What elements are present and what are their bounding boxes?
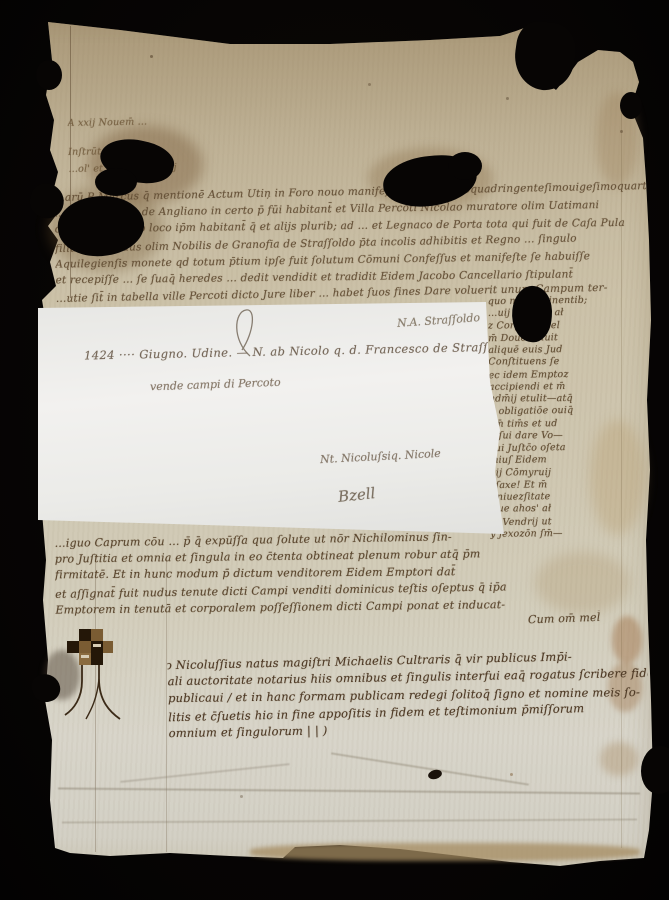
marginal-note: Cum om̄ mel̄: [528, 611, 601, 627]
edge-bite: [620, 92, 642, 119]
hole-damage: [448, 152, 482, 180]
manuscript-line: m̄iuſ Eidem: [489, 453, 649, 467]
slip-signature: Bzell: [337, 484, 376, 506]
manuscript-line: Conſtituens ſe: [488, 356, 648, 369]
hole-damage: [95, 168, 137, 196]
main-text-lower-block: …iguo Caprum cōu … p̄ q̄ expūſſa qua ſol…: [55, 526, 648, 618]
slip-corner-note: N.A. Straſſoldo: [397, 311, 481, 330]
edge-bite: [36, 60, 62, 90]
notarial-subscription-block: Et Ego Nicoluſſius natus magiſtri Michae…: [167, 648, 648, 743]
photograph-black-background: A xxij Nouem̄ …Inſtrūta 6ª — die ……ol' e…: [0, 0, 669, 900]
main-text-upper-block: …arū P Marcus q̄ mentionē Actum Utiņ in …: [54, 179, 648, 307]
slip-title-line: 1424 ···· Giugno. Udine. — N. ab Nicolo …: [84, 339, 515, 362]
manuscript-line: )ſue ahos' ał: [490, 503, 650, 516]
specks: [150, 55, 153, 58]
slip-notary-note: Nt. Nicoluſsiq. Nicole: [320, 447, 441, 466]
manuscript-line: xm̄ tim̄s et ud: [489, 417, 649, 431]
slip-subtitle-line: vende campi di Percoto: [150, 376, 281, 394]
notarial-signum-icon: [62, 624, 124, 744]
main-text-column-right-of-slip: quo mō pertinentib;…uij dimidiū ałz Corp…: [488, 294, 651, 541]
edge-bite: [641, 746, 669, 794]
archival-slip: N.A. Straſſoldo 1424 ···· Giugno. Udine.…: [38, 302, 508, 538]
